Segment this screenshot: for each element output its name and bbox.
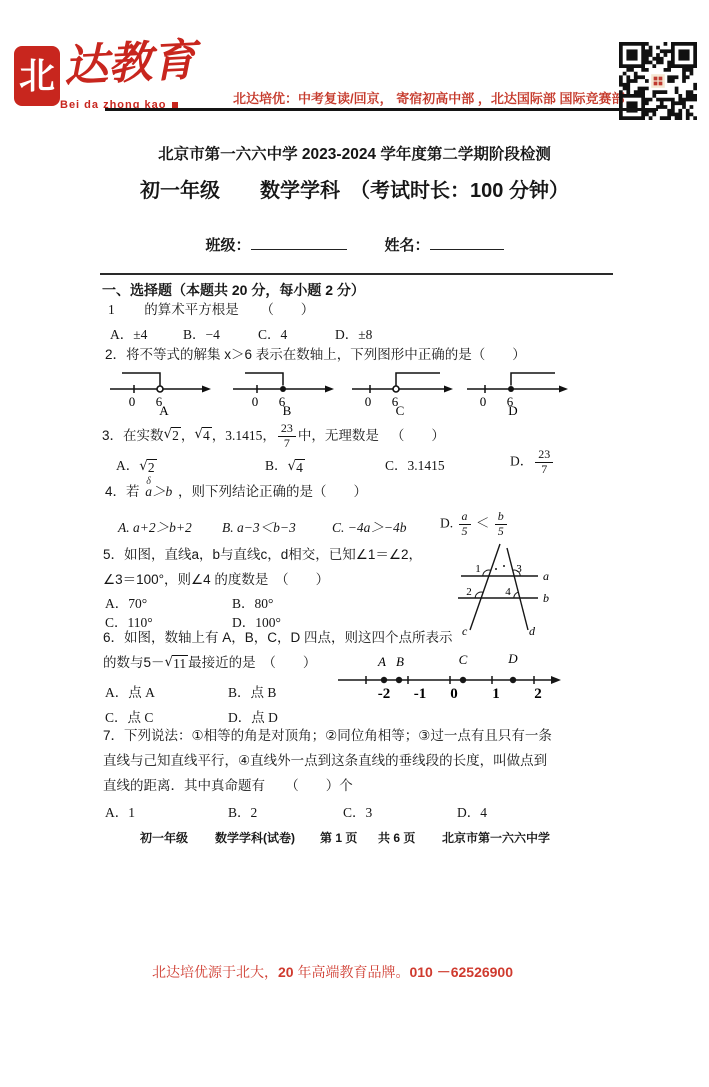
q6-arrowhead — [551, 676, 561, 684]
qr-center-badge — [651, 74, 665, 88]
q6-point-b-label: B — [396, 654, 404, 669]
denominator: 5 — [495, 525, 507, 539]
q6-option-a: A．点 A — [105, 681, 155, 701]
q2b-arrowhead — [325, 386, 334, 393]
q2-diagram-b: 0 6 B — [231, 362, 337, 416]
q4-option-a: A. a+2＞b+2 — [118, 516, 192, 536]
radicand: 2 — [147, 459, 157, 476]
q3-sep1: ， — [181, 427, 195, 445]
q2a-open-circle — [157, 386, 163, 392]
q2-diagram-a: 0 6 A — [108, 362, 214, 416]
q5-option-c: C．110° — [105, 611, 153, 631]
question-6-options-row2: C．点 C D．点 D — [0, 706, 709, 724]
class-name-row: 班级：姓名： — [0, 234, 709, 255]
q2d-filled-circle — [508, 386, 514, 392]
q5-dots — [495, 565, 505, 570]
sqrt-4: √4 — [288, 459, 305, 476]
q2-diagram-c: 0 6 C — [350, 362, 456, 416]
header-rule — [105, 108, 658, 111]
q6-point-d-label: D — [507, 651, 518, 666]
q6-tick-2: 2 — [534, 686, 542, 702]
q4-pre: 4．若 — [105, 484, 140, 499]
q1-paren: （ ） — [260, 302, 314, 317]
q2a-arrowhead — [202, 386, 211, 393]
question-5-line2: ∠3＝100°，则∠4 的度数是 （ ） — [103, 571, 329, 589]
q3-post: 中，无理数是 — [298, 427, 379, 445]
footer-subject: 数学学科(试卷) — [215, 829, 295, 846]
q6-axis — [338, 676, 552, 684]
q6-numberline: -2 -1 0 1 2 A B C D — [336, 648, 564, 704]
q5-label-b: b — [543, 591, 549, 605]
footer-page-number: 第 1 页 — [320, 829, 357, 846]
q1-option-d: D．±8 — [335, 323, 372, 343]
q5-angle-3: 3 — [516, 563, 522, 575]
radicand: 11 — [172, 655, 188, 672]
q5-label-a: a — [543, 569, 549, 583]
q4d-label: D. — [440, 515, 453, 530]
q1-option-c: C．4 — [258, 323, 287, 343]
class-blank-line — [251, 234, 347, 250]
fraction-a-5: a5 — [459, 510, 471, 539]
class-label: 班级： — [205, 237, 250, 254]
exam-title: 北京市第一六六中学 2023-2024 学年度第二学期阶段检测 — [0, 142, 709, 164]
sqrt-11: √11 — [165, 655, 189, 672]
q4-inequality: δa＞b — [145, 484, 172, 499]
banner-seg2: 20 — [278, 964, 294, 980]
q3a-label: A． — [116, 458, 139, 473]
q6-option-b: B．点 B — [228, 681, 276, 701]
page-footer: 初一年级 数学学科(试卷) 第 1 页 共 6 页 北京市第一六六中学 — [0, 829, 709, 849]
q7-option-b: B．2 — [228, 801, 257, 821]
q5-label-c: c — [462, 624, 468, 637]
q6-tick-neg1: -1 — [414, 686, 427, 702]
sqrt-4: √4 — [194, 427, 211, 444]
q5-figure: 1 2 3 4 a b c d — [458, 542, 556, 637]
fraction-b-5: b5 — [495, 510, 507, 539]
numerator: 23 — [278, 422, 296, 437]
q2d-arrowhead — [559, 386, 568, 393]
q3-sep2: ，3.1415， — [212, 427, 276, 445]
q1-option-a: A．±4 — [110, 323, 147, 343]
q3-option-c: C．3.1415 — [385, 454, 445, 474]
q4-option-d: D. a5 ＜ b5 — [440, 510, 509, 539]
q4-post: ，则下列结论正确的是（ ） — [178, 484, 367, 499]
q5-option-b: B．80° — [232, 592, 273, 612]
section1-heading: 一、选择题（本题共 20 分，每小题 2 分） — [102, 280, 365, 300]
exam-page: 北 达教育 Bei da zhong kao 北达培优：中考复读/回京， 寄宿初… — [0, 0, 709, 1087]
question-6-line1: 6．如图，数轴上有 A，B，C，D 四点，则这四个点所表示 — [103, 629, 453, 647]
denominator: 5 — [459, 525, 471, 539]
question-4-options: A. a+2＞b+2 B. a−3＜b−3 C. −4a＞−4b D. a5 ＜… — [0, 508, 709, 540]
banner-seg1: 北达培优源于北大， — [152, 964, 278, 980]
q3-option-a: A．√2 — [116, 454, 157, 476]
q5-label-d: d — [529, 624, 536, 637]
q5-option-d: D．100° — [232, 611, 281, 631]
numerator: 23 — [535, 448, 553, 463]
footer-grade: 初一年级 — [140, 829, 188, 846]
header-tagline: 北达培优：中考复读/回京， 寄宿初高中部 ，北达国际部 国际竞赛部 — [233, 88, 624, 107]
question-7-options: A．1 B．2 C．3 D．4 — [0, 801, 709, 819]
q5-angle-2: 2 — [466, 586, 472, 598]
q6-tick-neg2: -2 — [378, 686, 391, 702]
q1-number: 1 — [108, 302, 115, 317]
q2b-tick-0: 0 — [252, 394, 259, 409]
sqrt-2: √2 — [164, 427, 181, 444]
q5-option-a: A．70° — [105, 592, 147, 612]
q2d-label: D — [508, 403, 517, 416]
question-3-options: A．√2 B．√4 C．3.1415 D．237 — [0, 448, 709, 478]
q2b-filled-circle — [280, 386, 286, 392]
question-4-stem: 4．若 δa＞b ，则下列结论正确的是（ ） — [105, 483, 367, 501]
section-divider-rule — [100, 273, 613, 275]
q2a-label: A — [159, 403, 169, 416]
q5-angle-1: 1 — [475, 563, 481, 575]
banner-phone: 010 －62526900 — [409, 964, 513, 980]
q2c-open-circle — [393, 386, 399, 392]
q6-tick-0: 0 — [450, 686, 458, 702]
name-blank-line — [430, 234, 504, 250]
q6-point-a-label: A — [377, 654, 386, 669]
q3-paren: （ ） — [391, 427, 445, 445]
name-label: 姓名： — [385, 237, 430, 254]
radicand: 4 — [202, 427, 212, 444]
numerator: a — [459, 510, 471, 525]
q2d-tick-0: 0 — [480, 394, 487, 409]
question-7-line1: 7．下列说法：①相等的角是对顶角；②同位角相等；③过一点有且只有一条 — [103, 727, 552, 745]
q2a-tick-0: 0 — [129, 394, 136, 409]
sqrt-2: √2 — [139, 459, 156, 476]
q3d-label: D． — [510, 453, 533, 468]
q7-option-c: C．3 — [343, 801, 372, 821]
q4d-comparator: ＜ — [476, 515, 490, 530]
q6-l2-pre: 的数与5－ — [103, 654, 165, 672]
q2c-tick-0: 0 — [365, 394, 372, 409]
q2c-label: C — [396, 403, 405, 416]
q3-option-d: D．237 — [510, 448, 555, 477]
q6-l2-post: 最接近的是 （ ） — [188, 654, 316, 672]
footer-total-pages: 共 6 页 — [378, 829, 415, 846]
exam-subtitle: 初一年级 数学学科 （考试时长：100 分钟） — [0, 174, 709, 203]
question-7-line3: 直线的距离．其中真命题有 （ ）个 — [103, 777, 353, 795]
q4-option-b: B. a−3＜b−3 — [222, 516, 296, 536]
question-5-options-row2: C．110° D．100° — [0, 611, 709, 629]
question-1-options: A．±4 B．−4 C．4 D．±8 — [0, 323, 709, 341]
q6-option-c: C．点 C — [105, 706, 153, 726]
q2-diagram-d: 0 6 D — [465, 362, 571, 416]
q3-option-b: B．√4 — [265, 454, 305, 476]
q6-tick-1: 1 — [492, 686, 500, 702]
q2b-axis — [233, 373, 326, 393]
fraction-23-7: 237 — [535, 448, 553, 477]
q1-text: 的算术平方根是 — [144, 302, 239, 317]
radicand: 2 — [171, 427, 181, 444]
q7-option-d: D．4 — [457, 801, 487, 821]
footer-school: 北京市第一六六中学 — [442, 829, 550, 846]
q4-option-c: C. −4a＞−4b — [332, 516, 406, 536]
denominator: 7 — [535, 463, 553, 477]
numerator: b — [495, 510, 507, 525]
question-5-line1: 5．如图，直线a，b与直线c，d相交，已知∠1＝∠2， — [103, 546, 422, 564]
q6-option-d: D．点 D — [228, 706, 278, 726]
q6-point-c-label: C — [459, 652, 468, 667]
brand-seal-logo: 北 — [14, 46, 60, 106]
q5-angle-4: 4 — [505, 586, 511, 598]
q7-option-a: A．1 — [105, 801, 135, 821]
question-7-line2: 直线与己知直线平行，④直线外一点到这条直线的垂线段的长度，叫做点到 — [103, 752, 547, 770]
question-1-stem: 1 的算术平方根是 （ ） — [108, 301, 314, 319]
brand-script-text: 达教育 — [63, 35, 198, 95]
q2c-arrowhead — [444, 386, 453, 393]
radicand: 4 — [295, 459, 305, 476]
print-artifact: δ — [146, 475, 151, 489]
q2b-label: B — [283, 403, 292, 416]
question-5-options-row1: A．70° B．80° — [0, 592, 709, 610]
brand-banner: 北达培优源于北大，20 年高端教育品牌。010 －62526900 — [152, 962, 513, 982]
fraction-23-7: 237 — [278, 422, 296, 451]
q3b-label: B． — [265, 458, 288, 473]
q3-pre: 3．在实数 — [102, 427, 164, 445]
question-6-line2: 的数与5－ √11 最接近的是 （ ） — [103, 654, 316, 672]
banner-seg3: 年高端教育品牌。 — [294, 964, 410, 980]
q1-option-b: B．−4 — [183, 323, 220, 343]
